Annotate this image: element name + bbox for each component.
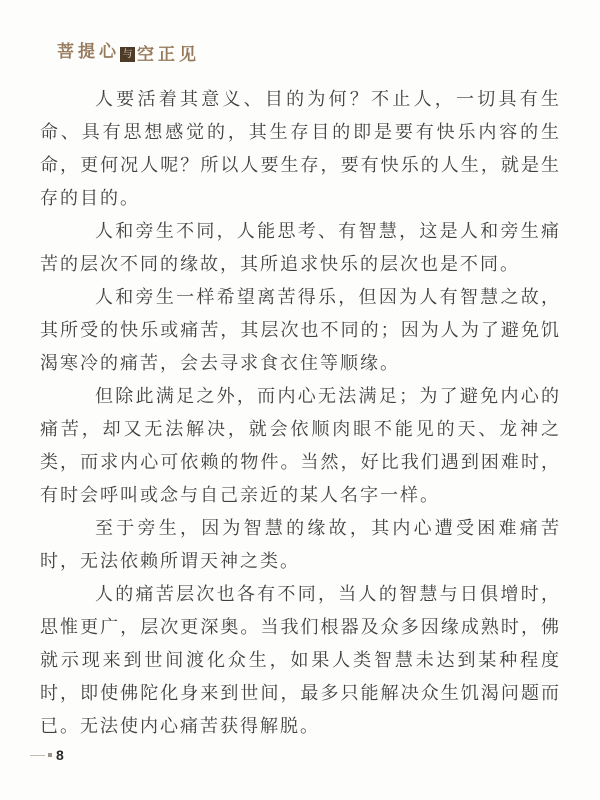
footer-dash-decoration <box>30 755 45 756</box>
body-paragraph-4: 但除此满足之外，而内心无法满足；为了避免内心的痛苦，却又无法解决，就会依顺肉眼不… <box>40 380 561 512</box>
book-page: 菩提心 与 空正见 人要活着其意义、目的为何？不止人，一切具有生命、具有思想感觉… <box>0 0 600 800</box>
page-number: 8 <box>56 748 64 762</box>
title-connector-badge: 与 <box>120 47 135 62</box>
body-text: 人要活着其意义、目的为何？不止人，一切具有生命、具有思想感觉的，其生存目的即是要… <box>40 83 561 743</box>
body-paragraph-5: 至于旁生，因为智慧的缘故，其内心遭受困难痛苦时，无法依赖所谓天神之类。 <box>40 512 561 578</box>
footer-dot-decoration <box>48 753 52 757</box>
body-paragraph-2: 人和旁生不同，人能思考、有智慧，这是人和旁生痛苦的层次不同的缘故，其所追求快乐的… <box>40 215 561 281</box>
page-footer: 8 <box>30 748 64 762</box>
running-header: 菩提心 与 空正见 <box>57 43 200 60</box>
body-paragraph-6: 人的痛苦层次也各有不同，当人的智慧与日俱增时，思惟更广，层次更深奥。当我们根器及… <box>40 578 561 743</box>
body-paragraph-1: 人要活着其意义、目的为何？不止人，一切具有生命、具有思想感觉的，其生存目的即是要… <box>40 83 561 215</box>
body-paragraph-3: 人和旁生一样希望离苦得乐，但因为人有智慧之故，其所受的快乐或痛苦，其层次也不同的… <box>40 281 561 380</box>
book-title-suffix: 空正见 <box>137 46 200 63</box>
book-title-prefix: 菩提心 <box>57 43 120 60</box>
